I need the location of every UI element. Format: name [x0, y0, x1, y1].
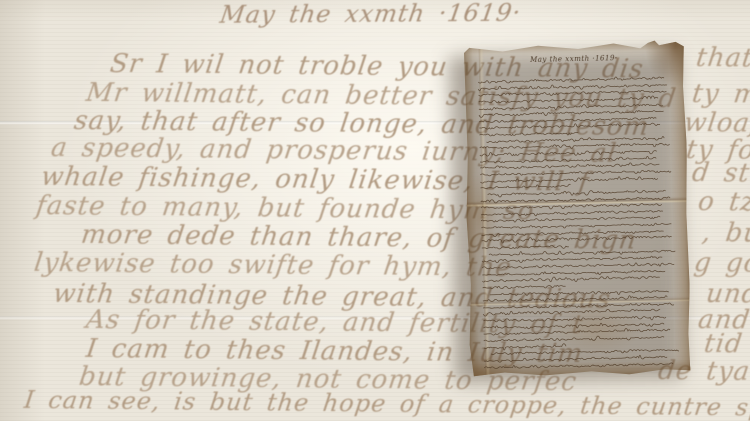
letter-body — [477, 66, 679, 372]
background-script-line: I can see, is but the hope of a croppe, … — [23, 388, 750, 421]
manuscript-scene: May the xxmth ·1619· Sr I wil not troble… — [0, 0, 750, 421]
letter-date-heading: May the xxmth ·1619· — [463, 53, 685, 66]
background-script-fragment: that a — [694, 45, 750, 73]
background-script-fragment: ty mu — [690, 81, 750, 109]
background-script-fragment: tid ru — [702, 331, 750, 359]
background-date-heading: May the xxmth ·1619· — [218, 1, 523, 28]
manuscript-photo: May the xxmth ·1619· — [463, 40, 692, 379]
background-script-fragment: , but f — [700, 220, 750, 248]
background-script-fragment: o tzom — [696, 189, 750, 217]
background-script-fragment: g good i — [692, 250, 750, 279]
background-script-fragment: d stron — [690, 160, 750, 188]
background-script-line: lykewise too swifte for hym, the — [32, 250, 513, 282]
